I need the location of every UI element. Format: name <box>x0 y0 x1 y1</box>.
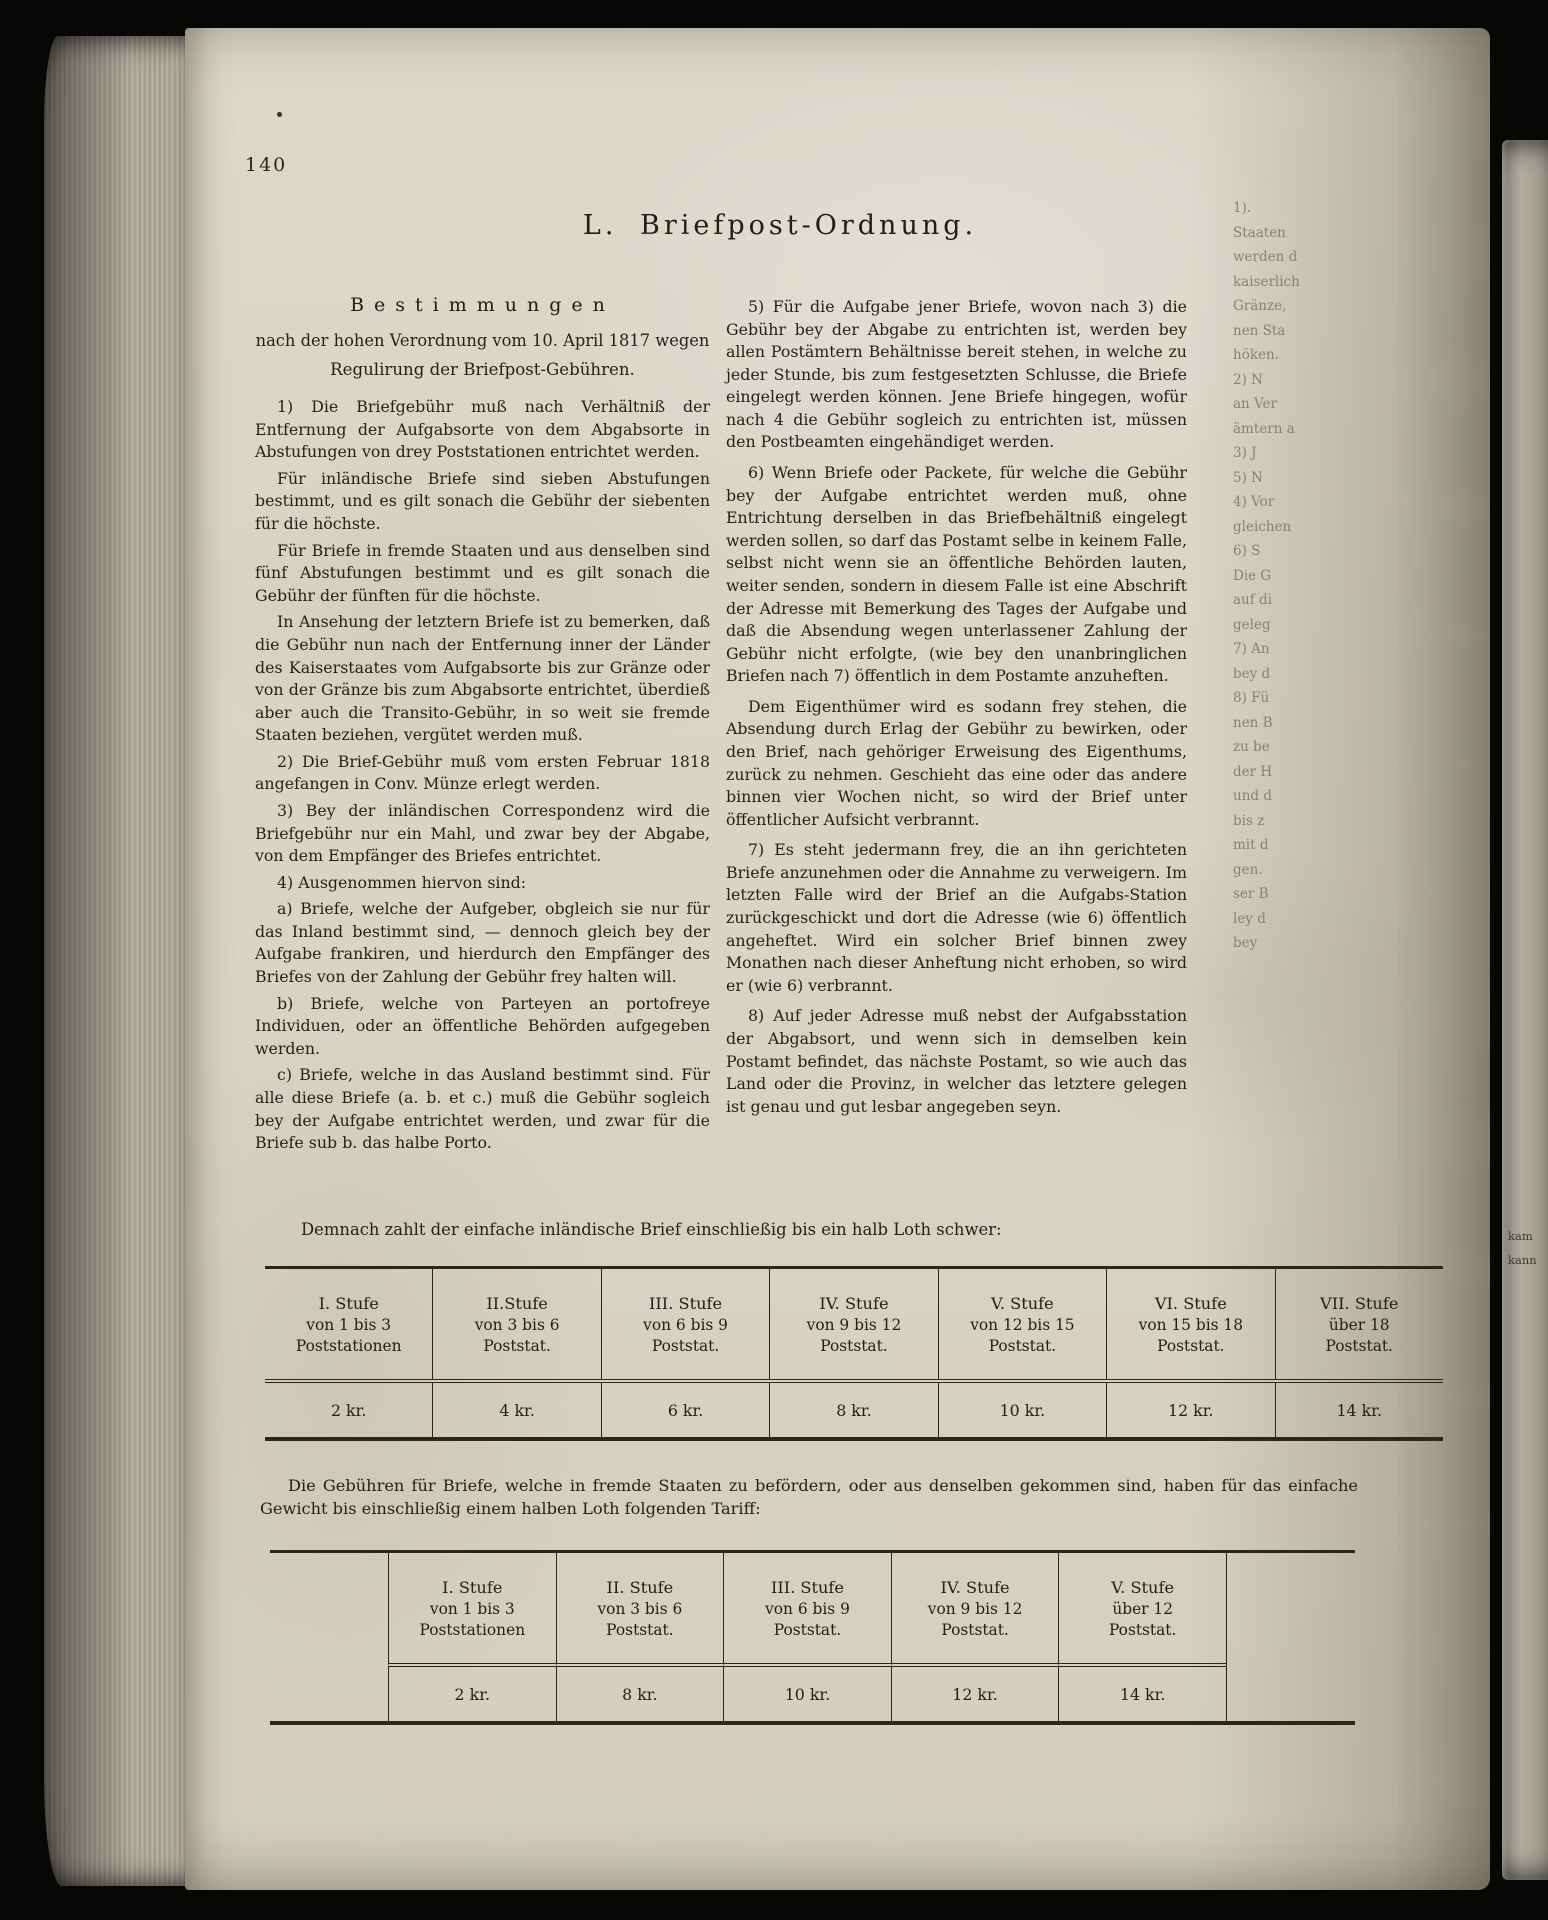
right-text-column: 5) Für die Aufgabe jener Briefe, wovon n… <box>726 286 1187 1159</box>
table-header-cell: I. Stufe von 1 bis 3 Poststationen <box>388 1553 556 1667</box>
range-label: von 3 bis 6 <box>561 1600 720 1618</box>
stufe-label: II. Stufe <box>561 1578 720 1597</box>
fee-cell: 6 kr. <box>601 1383 769 1437</box>
range-label: von 15 bis 18 <box>1111 1316 1270 1334</box>
facing-page-show-through-text: 1). Staaten werden d kaiserlich Gränze, … <box>1233 196 1353 966</box>
tariff-table-inland-header-row: I. Stufe von 1 bis 3 Poststationen II.St… <box>265 1269 1443 1383</box>
unit-label: Poststat. <box>943 1337 1102 1355</box>
fee-cell: 14 kr. <box>1275 1383 1443 1437</box>
range-label: von 12 bis 15 <box>943 1316 1102 1334</box>
paragraph-item-6-cont: Dem Eigenthümer wird es sodann frey steh… <box>726 696 1187 831</box>
foreign-tariff-intro: Die Gebühren für Briefe, welche in fremd… <box>260 1474 1358 1521</box>
unit-label: Poststationen <box>393 1621 552 1639</box>
paragraph-item-4: 4) Ausgenommen hiervon sind: <box>255 872 710 895</box>
section-heading: Bestimmungen <box>255 292 710 319</box>
table-header-cell: III. Stufe von 6 bis 9 Poststat. <box>723 1553 891 1667</box>
unit-label: Poststat. <box>896 1621 1055 1639</box>
range-label: von 9 bis 12 <box>774 1316 933 1334</box>
table-header-cell: V. Stufe von 12 bis 15 Poststat. <box>938 1269 1106 1379</box>
table-header-cell: VII. Stufe über 18 Poststat. <box>1275 1269 1443 1379</box>
unit-label: Poststat. <box>437 1337 596 1355</box>
empty-flank-cell <box>1226 1667 1355 1721</box>
tariff-table-foreign-fee-row: 2 kr. 8 kr. 10 kr. 12 kr. 14 kr. <box>270 1667 1355 1721</box>
range-label: von 6 bis 9 <box>728 1600 887 1618</box>
table-header-cell: III. Stufe von 6 bis 9 Poststat. <box>601 1269 769 1379</box>
paragraph-item-1-cont-c: In Ansehung der letztern Briefe ist zu b… <box>255 611 710 746</box>
paragraph-item-1: 1) Die Briefgebühr muß nach Verhältniß d… <box>255 396 710 464</box>
book-photograph: { "page": { "number": "140", "title": "L… <box>0 0 1548 1920</box>
fee-cell: 14 kr. <box>1058 1667 1226 1721</box>
inland-tariff-intro: Demnach zahlt der einfache inländische B… <box>255 1220 1335 1239</box>
unit-label: Poststat. <box>1063 1621 1222 1639</box>
paragraph-item-1-cont-b: Für Briefe in fremde Staaten und aus den… <box>255 540 710 608</box>
table-header-cell: II.Stufe von 3 bis 6 Poststat. <box>432 1269 600 1379</box>
table-header-cell: IV. Stufe von 9 bis 12 Poststat. <box>891 1553 1059 1667</box>
paragraph-item-6: 6) Wenn Briefe oder Packete, für welche … <box>726 462 1187 688</box>
ink-speck <box>277 112 282 117</box>
range-label: von 9 bis 12 <box>896 1600 1055 1618</box>
unit-label: Poststat. <box>728 1621 887 1639</box>
section-subheading-2: Regulirung der Briefpost-Gebühren. <box>255 358 710 382</box>
fee-cell: 4 kr. <box>432 1383 600 1437</box>
table-header-cell: I. Stufe von 1 bis 3 Poststationen <box>265 1269 432 1379</box>
table-header-cell: IV. Stufe von 9 bis 12 Poststat. <box>769 1269 937 1379</box>
book-fore-edge-pages <box>44 36 190 1886</box>
book-page: 140 L. Briefpost-Ordnung. Bestimmungen n… <box>185 28 1490 1890</box>
range-label: über 12 <box>1063 1600 1222 1618</box>
stufe-label: V. Stufe <box>1063 1578 1222 1597</box>
stufe-label: VII. Stufe <box>1280 1294 1439 1313</box>
tariff-table-inland: I. Stufe von 1 bis 3 Poststationen II.St… <box>265 1266 1443 1441</box>
paragraph-item-4c: c) Briefe, welche in das Ausland bestimm… <box>255 1064 710 1154</box>
left-text-column: Bestimmungen nach der hohen Verordnung v… <box>255 286 710 1159</box>
unit-label: Poststat. <box>561 1621 720 1639</box>
fee-cell: 8 kr. <box>556 1667 724 1721</box>
table-header-cell: V. Stufe über 12 Poststat. <box>1058 1553 1226 1667</box>
facing-page-edge-text: kam kann <box>1508 1224 1548 1272</box>
range-label: von 1 bis 3 <box>393 1600 552 1618</box>
section-subheading-1: nach der hohen Verordnung vom 10. April … <box>255 329 710 352</box>
fee-cell: 10 kr. <box>938 1383 1106 1437</box>
paragraph-item-1-cont-a: Für inländische Briefe sind sieben Abstu… <box>255 468 710 536</box>
stufe-label: III. Stufe <box>606 1294 765 1313</box>
paragraph-item-2: 2) Die Brief-Gebühr muß vom ersten Febru… <box>255 751 710 796</box>
tariff-table-foreign-header-row: I. Stufe von 1 bis 3 Poststationen II. S… <box>270 1553 1355 1667</box>
unit-label: Poststat. <box>774 1337 933 1355</box>
range-label: von 3 bis 6 <box>437 1316 596 1334</box>
table-header-cell: VI. Stufe von 15 bis 18 Poststat. <box>1106 1269 1274 1379</box>
fee-cell: 2 kr. <box>265 1383 432 1437</box>
fee-cell: 8 kr. <box>769 1383 937 1437</box>
empty-flank-cell <box>1226 1553 1355 1667</box>
stufe-label: V. Stufe <box>943 1294 1102 1313</box>
stufe-label: I. Stufe <box>269 1294 428 1313</box>
chapter-title: L. Briefpost-Ordnung. <box>185 210 1375 241</box>
fee-cell: 10 kr. <box>723 1667 891 1721</box>
range-label: von 6 bis 9 <box>606 1316 765 1334</box>
fee-cell: 12 kr. <box>1106 1383 1274 1437</box>
table-header-cell: II. Stufe von 3 bis 6 Poststat. <box>556 1553 724 1667</box>
stufe-label: IV. Stufe <box>774 1294 933 1313</box>
stufe-label: I. Stufe <box>393 1578 552 1597</box>
paragraph-item-3: 3) Bey der inländischen Correspondenz wi… <box>255 800 710 868</box>
range-label: von 1 bis 3 <box>269 1316 428 1334</box>
facing-page-edge: kam kann <box>1502 140 1548 1880</box>
unit-label: Poststat. <box>1280 1337 1439 1355</box>
unit-label: Poststat. <box>1111 1337 1270 1355</box>
tariff-table-foreign: I. Stufe von 1 bis 3 Poststationen II. S… <box>270 1550 1355 1725</box>
range-label: über 18 <box>1280 1316 1439 1334</box>
paragraph-item-8: 8) Auf jeder Adresse muß nebst der Aufga… <box>726 1005 1187 1118</box>
paragraph-item-4a: a) Briefe, welche der Aufgeber, obgleich… <box>255 898 710 988</box>
stufe-label: IV. Stufe <box>896 1578 1055 1597</box>
unit-label: Poststat. <box>606 1337 765 1355</box>
stufe-label: III. Stufe <box>728 1578 887 1597</box>
unit-label: Poststationen <box>269 1337 428 1355</box>
stufe-label: II.Stufe <box>437 1294 596 1313</box>
two-column-text-block: Bestimmungen nach der hohen Verordnung v… <box>255 286 1187 1159</box>
empty-flank-cell <box>270 1667 388 1721</box>
empty-flank-cell <box>270 1553 388 1667</box>
tariff-table-inland-fee-row: 2 kr. 4 kr. 6 kr. 8 kr. 10 kr. 12 kr. 14… <box>265 1383 1443 1437</box>
page-number: 140 <box>245 154 287 176</box>
paragraph-item-4b: b) Briefe, welche von Parteyen an portof… <box>255 993 710 1061</box>
paragraph-item-7: 7) Es steht jedermann frey, die an ihn g… <box>726 839 1187 997</box>
fee-cell: 2 kr. <box>388 1667 556 1721</box>
paragraph-item-5: 5) Für die Aufgabe jener Briefe, wovon n… <box>726 296 1187 454</box>
fee-cell: 12 kr. <box>891 1667 1059 1721</box>
stufe-label: VI. Stufe <box>1111 1294 1270 1313</box>
